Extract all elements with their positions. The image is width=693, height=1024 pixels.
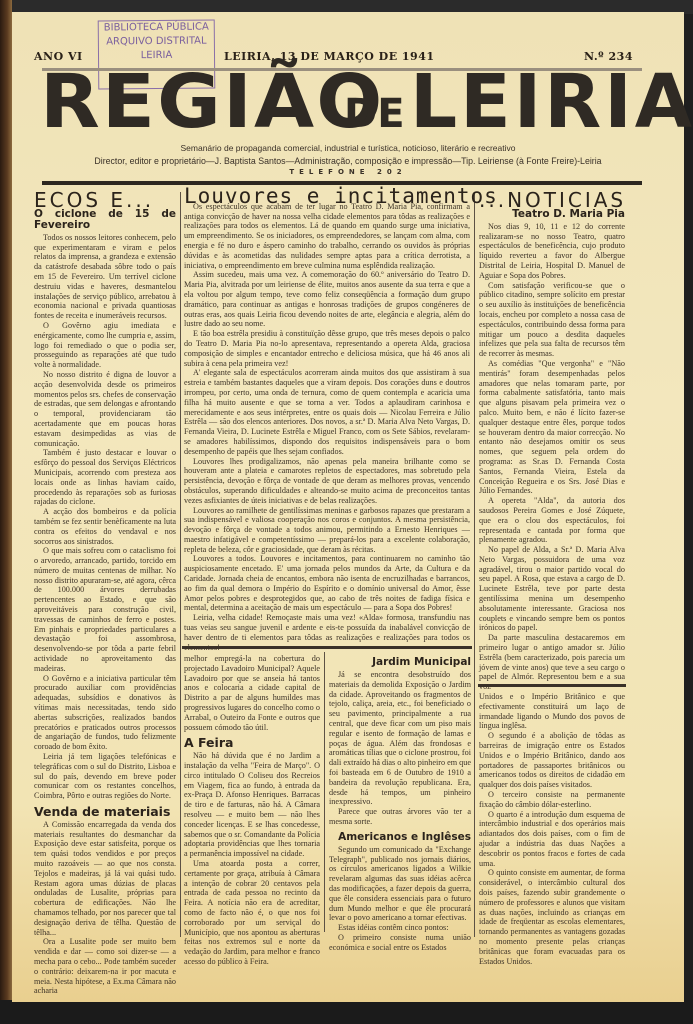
- article-paragraph: Leiria já tem ligações telefónicas e tel…: [34, 752, 176, 801]
- article-heading: Jardim Municipal: [329, 657, 471, 668]
- article-paragraph: Já se encontra desobstruído dos materiai…: [329, 670, 471, 807]
- article-heading: Venda de materiais: [34, 807, 176, 817]
- article-paragraph: Também é justo destacar e louvar o esfôr…: [34, 448, 176, 507]
- article-paragraph: Uma atoarda posta a correr, certamente p…: [184, 859, 320, 967]
- left-column: ECOS E... O ciclone de 15 de Fevereiro T…: [34, 196, 176, 996]
- article-paragraph: Louvores a todos. Louvores e incitamento…: [184, 554, 470, 613]
- article-paragraph: As comédias "Que vergonha" e "Não mentir…: [479, 359, 625, 496]
- article-paragraph: O quarto é a introdução dum esquema de i…: [479, 810, 625, 869]
- masthead-de: DE: [344, 94, 405, 134]
- column-divider: [180, 192, 181, 937]
- article-paragraph: O Govêrno agiu imediata e enérgicamente,…: [34, 321, 176, 370]
- article-paragraph: No papel de Alda, a Sr.ª D. Maria Alva N…: [479, 545, 625, 633]
- article-paragraph: O Govêrno e a iniciativa particular têm …: [34, 674, 176, 752]
- article-paragraph: Com satisfação verificou-se que o públic…: [479, 281, 625, 359]
- scan-bottom-edge: [0, 1000, 693, 1024]
- column-divider: [474, 192, 475, 937]
- article-paragraph: A acção dos bombeiros e da polícia també…: [34, 507, 176, 546]
- article-paragraph: A opereta "Alda", da autoria dos saudoso…: [479, 496, 625, 545]
- article-paragraph: O terceiro consiste na permanente fixaçã…: [479, 790, 625, 810]
- center-lower-left: melhor empregá-la na cobertura do projec…: [184, 654, 320, 967]
- center-column: Louvores e incitamentos Os espectáculos …: [184, 192, 470, 652]
- article-heading: A Feira: [184, 738, 320, 748]
- newspaper-page: ANO VI LEIRIA, 13 DE MARÇO DE 1941 N.º 2…: [12, 12, 684, 1002]
- article-paragraph: No nosso distrito é digna de louvor a ac…: [34, 370, 176, 448]
- section-title-noticias: ...NOTICIAS: [479, 196, 625, 206]
- stamp-line: BIBLIOTECA PÚBLICA: [99, 20, 214, 35]
- credits-line: Director, editor e proprietário—J. Bapti…: [12, 156, 684, 166]
- article-paragraph: A Comissão encarregada da venda dos mate…: [34, 820, 176, 938]
- article-heading: O ciclone de 15 de Fevereiro: [34, 209, 176, 231]
- article-paragraph: Louvores ao ramilhete de gentilíssimas m…: [184, 506, 470, 555]
- article-paragraph: O quinto consiste em aumentar, de forma …: [479, 868, 625, 966]
- article-paragraph: O primeiro consiste numa união económica…: [329, 933, 471, 953]
- article-paragraph: A' elegante sala de espectáculos acorrer…: [184, 368, 470, 456]
- article-continuation: melhor empregá-la na cobertura do projec…: [184, 654, 320, 732]
- article-paragraph: E tão boa estrêla presidiu à constituïçã…: [184, 329, 470, 368]
- article-paragraph: Louvores lhes prodigalizamos, não apenas…: [184, 457, 470, 506]
- article-heading: Americanos e Inglêses: [329, 832, 471, 843]
- article-paragraph: O segundo é a abolição de tôdas as barre…: [479, 731, 625, 790]
- article-paragraph: Nos dias 9, 10, 11 e 12 do corrente real…: [479, 222, 625, 281]
- article-paragraph: Estas idéias contêm cinco pontos:: [329, 923, 471, 933]
- masthead: REGIÃO DE LEIRIA: [40, 64, 640, 140]
- stamp-line: ARQUIVO DISTRITAL: [99, 34, 214, 49]
- article-end-rule: [478, 684, 626, 687]
- article-paragraph: Os espectáculos que acabam de ter lugar …: [184, 202, 470, 271]
- article-paragraph: Todos os nossos leitores conhecem, pelo …: [34, 233, 176, 321]
- article-end-rule: [182, 646, 472, 649]
- lead-article-title: Louvores e incitamentos: [184, 192, 470, 202]
- section-title-ecos: ECOS E...: [34, 196, 176, 206]
- article-paragraph: Parece que outras árvores vão ter a mesm…: [329, 807, 471, 827]
- right-column-continuation: Unidos e o Império Britânico e que efect…: [479, 692, 625, 966]
- right-column: ...NOTICIAS Teatro D. Maria Pia Nos dias…: [479, 196, 625, 692]
- telephone: TELEFONE 202: [12, 168, 684, 176]
- article-paragraph: Unidos e o Império Britânico e que efect…: [479, 692, 625, 731]
- column-divider: [324, 652, 325, 932]
- article-paragraph: Assim sucedeu, mais uma vez. A comemoraç…: [184, 270, 470, 329]
- article-paragraph: O que mais sofreu com o cataclismo foi o…: [34, 546, 176, 673]
- article-paragraph: Segundo um comunicado da "Exchange Teleg…: [329, 845, 471, 923]
- center-lower-right: Jardim Municipal Já se encontra desobstr…: [329, 654, 471, 953]
- page-binding: [0, 0, 12, 1024]
- article-paragraph: Ora a Lusalite pode ser muito bem vendid…: [34, 937, 176, 996]
- masthead-leiria: LEIRIA: [410, 64, 693, 140]
- masthead-regiao: REGIÃO: [40, 64, 384, 140]
- tagline: Semanário de propaganda comercial, indus…: [12, 143, 684, 153]
- article-paragraph: Não há dúvida que é no Jardim a instalaç…: [184, 751, 320, 859]
